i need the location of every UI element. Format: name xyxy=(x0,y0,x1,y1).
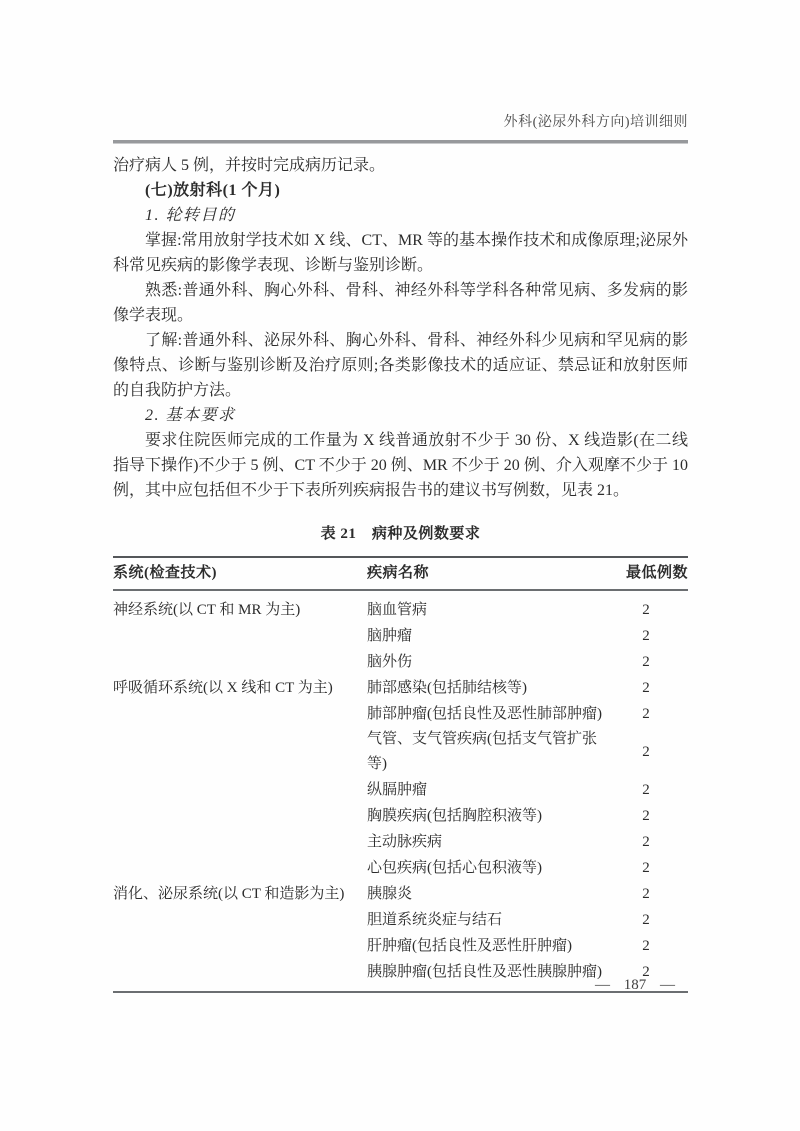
table-row: 神经系统(以 CT 和 MR 为主)脑血管病2 xyxy=(113,590,688,623)
page-number: — 187 — xyxy=(595,977,675,994)
cell-count: 2 xyxy=(604,907,688,933)
cell-disease: 气管、支气管疾病(包括支气管扩张等) xyxy=(367,727,604,777)
table-title: 表 21 病种及例数要求 xyxy=(113,522,688,547)
cell-system xyxy=(113,907,367,933)
table-row: 肝肿瘤(包括良性及恶性肝肿瘤)2 xyxy=(113,933,688,959)
paragraph: 熟悉:普通外科、胸心外科、骨科、神经外科等学科各种常见病、多发病的影像学表现。 xyxy=(113,278,688,328)
cell-count: 2 xyxy=(604,701,688,727)
cell-count: 2 xyxy=(604,777,688,803)
cell-disease: 脑血管病 xyxy=(367,590,604,623)
table-row: 纵膈肿瘤2 xyxy=(113,777,688,803)
cell-count: 2 xyxy=(604,803,688,829)
table-row: 胆道系统炎症与结石2 xyxy=(113,907,688,933)
column-header-disease: 疾病名称 xyxy=(367,557,604,590)
cell-count: 2 xyxy=(604,727,688,777)
requirements-table: 系统(检查技术) 疾病名称 最低例数 神经系统(以 CT 和 MR 为主)脑血管… xyxy=(113,556,688,993)
page-footer: — 187 — xyxy=(113,976,688,994)
cell-disease: 主动脉疾病 xyxy=(367,829,604,855)
cell-disease: 心包疾病(包括心包积液等) xyxy=(367,855,604,881)
cell-system xyxy=(113,829,367,855)
cell-count: 2 xyxy=(604,933,688,959)
table-row: 呼吸循环系统(以 X 线和 CT 为主)肺部感染(包括肺结核等)2 xyxy=(113,675,688,701)
cell-count: 2 xyxy=(604,590,688,623)
column-header-system: 系统(检查技术) xyxy=(113,557,367,590)
cell-count: 2 xyxy=(604,675,688,701)
table-row: 气管、支气管疾病(包括支气管扩张等)2 xyxy=(113,727,688,777)
cell-count: 2 xyxy=(604,623,688,649)
cell-system xyxy=(113,855,367,881)
table-row: 消化、泌尿系统(以 CT 和造影为主)胰腺炎2 xyxy=(113,881,688,907)
table-row: 胸膜疾病(包括胸腔积液等)2 xyxy=(113,803,688,829)
cell-system xyxy=(113,649,367,675)
cell-system: 呼吸循环系统(以 X 线和 CT 为主) xyxy=(113,675,367,701)
paragraph: 要求住院医师完成的工作量为 X 线普通放射不少于 30 份、X 线造影(在二线指… xyxy=(113,428,688,503)
cell-system: 神经系统(以 CT 和 MR 为主) xyxy=(113,590,367,623)
cell-count: 2 xyxy=(604,649,688,675)
paragraph: 治疗病人 5 例，并按时完成病历记录。 xyxy=(113,153,688,178)
cell-system xyxy=(113,727,367,777)
header-rule xyxy=(113,140,688,144)
cell-disease: 肺部感染(包括肺结核等) xyxy=(367,675,604,701)
cell-count: 2 xyxy=(604,855,688,881)
table-body: 神经系统(以 CT 和 MR 为主)脑血管病2脑肿瘤2脑外伤2呼吸循环系统(以 … xyxy=(113,590,688,992)
table-row: 主动脉疾病2 xyxy=(113,829,688,855)
table-header-row: 系统(检查技术) 疾病名称 最低例数 xyxy=(113,557,688,590)
cell-system xyxy=(113,777,367,803)
cell-disease: 胰腺炎 xyxy=(367,881,604,907)
paragraph: (七)放射科(1 个月) xyxy=(113,178,688,203)
cell-system xyxy=(113,803,367,829)
paragraph: 掌握:常用放射学技术如 X 线、CT、MR 等的基本操作技术和成像原理;泌尿外科… xyxy=(113,228,688,278)
body-text: 治疗病人 5 例，并按时完成病历记录。(七)放射科(1 个月)1. 轮转目的掌握… xyxy=(113,153,688,993)
cell-system xyxy=(113,623,367,649)
cell-disease: 纵膈肿瘤 xyxy=(367,777,604,803)
paragraph: 了解:普通外科、泌尿外科、胸心外科、骨科、神经外科少见病和罕见病的影像特点、诊断… xyxy=(113,328,688,403)
cell-disease: 胸膜疾病(包括胸腔积液等) xyxy=(367,803,604,829)
cell-disease: 胆道系统炎症与结石 xyxy=(367,907,604,933)
table-row: 心包疾病(包括心包积液等)2 xyxy=(113,855,688,881)
running-head: 外科(泌尿外科方向)培训细则 xyxy=(113,114,688,132)
cell-disease: 脑肿瘤 xyxy=(367,623,604,649)
paragraph: 2. 基本要求 xyxy=(113,403,688,428)
table-row: 肺部肿瘤(包括良性及恶性肺部肿瘤)2 xyxy=(113,701,688,727)
cell-system: 消化、泌尿系统(以 CT 和造影为主) xyxy=(113,881,367,907)
document-page: 外科(泌尿外科方向)培训细则 治疗病人 5 例，并按时完成病历记录。(七)放射科… xyxy=(0,0,800,1131)
column-header-count: 最低例数 xyxy=(604,557,688,590)
paragraphs: 治疗病人 5 例，并按时完成病历记录。(七)放射科(1 个月)1. 轮转目的掌握… xyxy=(113,153,688,503)
table-row: 脑外伤2 xyxy=(113,649,688,675)
cell-system xyxy=(113,933,367,959)
cell-disease: 肝肿瘤(包括良性及恶性肝肿瘤) xyxy=(367,933,604,959)
cell-count: 2 xyxy=(604,829,688,855)
paragraph: 1. 轮转目的 xyxy=(113,203,688,228)
cell-disease: 脑外伤 xyxy=(367,649,604,675)
cell-system xyxy=(113,701,367,727)
cell-count: 2 xyxy=(604,881,688,907)
cell-disease: 肺部肿瘤(包括良性及恶性肺部肿瘤) xyxy=(367,701,604,727)
page-content: 外科(泌尿外科方向)培训细则 治疗病人 5 例，并按时完成病历记录。(七)放射科… xyxy=(113,114,688,993)
table-row: 脑肿瘤2 xyxy=(113,623,688,649)
